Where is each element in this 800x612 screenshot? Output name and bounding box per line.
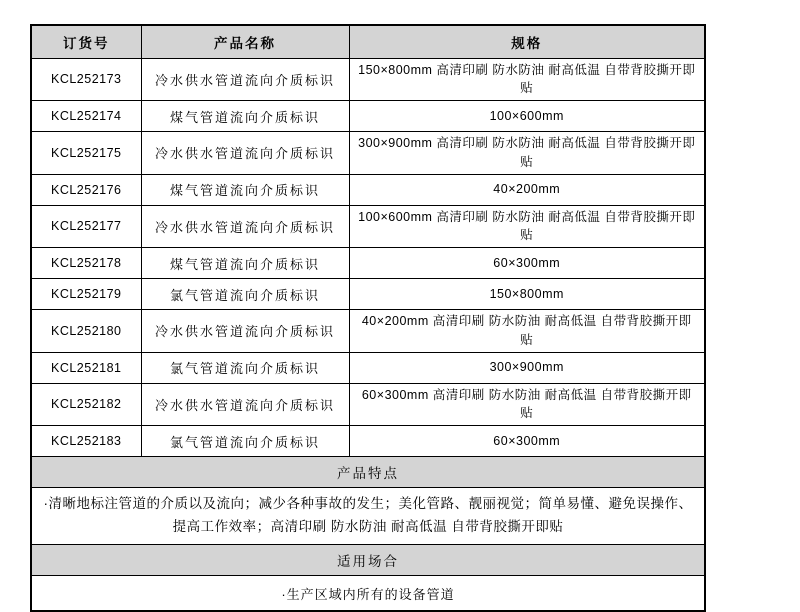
- product-name-cell: 冷水供水管道流向介质标识: [141, 132, 349, 175]
- product-table-body: KCL252173 冷水供水管道流向介质标识 150×800mm 高清印刷 防水…: [31, 58, 705, 457]
- info-sections: 产品特点 ·清晰地标注管道的介质以及流向；减少各种事故的发生；美化管路、靓丽视觉…: [31, 457, 705, 612]
- product-name-cell: 煤气管道流向介质标识: [141, 101, 349, 132]
- order-no-cell: KCL252181: [31, 352, 141, 383]
- table-row: KCL252181 氯气管道流向介质标识 300×900mm: [31, 352, 705, 383]
- column-header-order-no: 订货号: [31, 25, 141, 58]
- order-no-cell: KCL252173: [31, 58, 141, 101]
- features-text-row: ·清晰地标注管道的介质以及流向；减少各种事故的发生；美化管路、靓丽视觉；简单易懂…: [31, 488, 705, 545]
- table-row: KCL252182 冷水供水管道流向介质标识 60×300mm 高清印刷 防水防…: [31, 383, 705, 426]
- applications-header-row: 适用场合: [31, 544, 705, 575]
- order-no-cell: KCL252175: [31, 132, 141, 175]
- applications-text-row: ·生产区域内所有的设备管道: [31, 575, 705, 611]
- table-row: KCL252173 冷水供水管道流向介质标识 150×800mm 高清印刷 防水…: [31, 58, 705, 101]
- order-no-cell: KCL252177: [31, 205, 141, 248]
- applications-section-title: 适用场合: [31, 544, 705, 575]
- spec-cell: 150×800mm: [349, 279, 705, 310]
- table-row: KCL252183 氯气管道流向介质标识 60×300mm: [31, 426, 705, 457]
- table-row: KCL252179 氯气管道流向介质标识 150×800mm: [31, 279, 705, 310]
- column-header-product-name: 产品名称: [141, 25, 349, 58]
- product-name-cell: 煤气管道流向介质标识: [141, 174, 349, 205]
- spec-cell: 60×300mm: [349, 248, 705, 279]
- applications-text: ·生产区域内所有的设备管道: [31, 575, 705, 611]
- spec-cell: 40×200mm 高清印刷 防水防油 耐高低温 自带背胶撕开即贴: [349, 310, 705, 353]
- order-no-cell: KCL252182: [31, 383, 141, 426]
- spec-cell: 300×900mm 高清印刷 防水防油 耐高低温 自带背胶撕开即贴: [349, 132, 705, 175]
- table-row: KCL252174 煤气管道流向介质标识 100×600mm: [31, 101, 705, 132]
- product-spec-table: 订货号 产品名称 规格 KCL252173 冷水供水管道流向介质标识 150×8…: [30, 24, 706, 612]
- order-no-cell: KCL252176: [31, 174, 141, 205]
- page: 订货号 产品名称 规格 KCL252173 冷水供水管道流向介质标识 150×8…: [0, 0, 800, 604]
- product-name-cell: 煤气管道流向介质标识: [141, 248, 349, 279]
- features-section-title: 产品特点: [31, 457, 705, 488]
- spec-cell: 40×200mm: [349, 174, 705, 205]
- spec-cell: 100×600mm: [349, 101, 705, 132]
- order-no-cell: KCL252178: [31, 248, 141, 279]
- product-name-cell: 冷水供水管道流向介质标识: [141, 58, 349, 101]
- product-name-cell: 冷水供水管道流向介质标识: [141, 383, 349, 426]
- spec-cell: 60×300mm 高清印刷 防水防油 耐高低温 自带背胶撕开即贴: [349, 383, 705, 426]
- spec-cell: 150×800mm 高清印刷 防水防油 耐高低温 自带背胶撕开即贴: [349, 58, 705, 101]
- table-row: KCL252175 冷水供水管道流向介质标识 300×900mm 高清印刷 防水…: [31, 132, 705, 175]
- product-name-cell: 氯气管道流向介质标识: [141, 279, 349, 310]
- order-no-cell: KCL252179: [31, 279, 141, 310]
- table-row: KCL252180 冷水供水管道流向介质标识 40×200mm 高清印刷 防水防…: [31, 310, 705, 353]
- table-row: KCL252176 煤气管道流向介质标识 40×200mm: [31, 174, 705, 205]
- features-text: ·清晰地标注管道的介质以及流向；减少各种事故的发生；美化管路、靓丽视觉；简单易懂…: [31, 488, 705, 545]
- order-no-cell: KCL252183: [31, 426, 141, 457]
- spec-cell: 300×900mm: [349, 352, 705, 383]
- column-header-spec: 规格: [349, 25, 705, 58]
- table-row: KCL252178 煤气管道流向介质标识 60×300mm: [31, 248, 705, 279]
- product-name-cell: 氯气管道流向介质标识: [141, 352, 349, 383]
- product-name-cell: 冷水供水管道流向介质标识: [141, 310, 349, 353]
- spec-cell: 60×300mm: [349, 426, 705, 457]
- order-no-cell: KCL252174: [31, 101, 141, 132]
- product-name-cell: 氯气管道流向介质标识: [141, 426, 349, 457]
- table-header-row: 订货号 产品名称 规格: [31, 25, 705, 58]
- features-header-row: 产品特点: [31, 457, 705, 488]
- spec-cell: 100×600mm 高清印刷 防水防油 耐高低温 自带背胶撕开即贴: [349, 205, 705, 248]
- table-row: KCL252177 冷水供水管道流向介质标识 100×600mm 高清印刷 防水…: [31, 205, 705, 248]
- product-name-cell: 冷水供水管道流向介质标识: [141, 205, 349, 248]
- order-no-cell: KCL252180: [31, 310, 141, 353]
